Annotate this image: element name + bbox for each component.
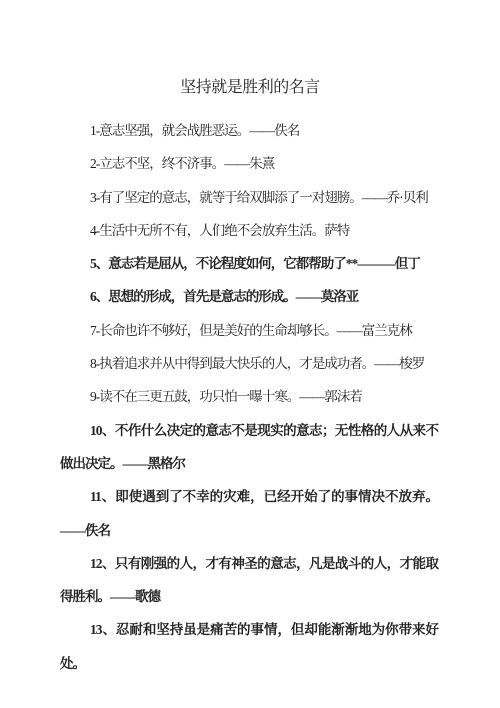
- quotes-list: 1-意志坚强，就会战胜恶运。——佚名2-立志不坚，终不济事。——朱熹3-有了坚定…: [0, 98, 500, 680]
- quote-paragraph: 11、即使遇到了不幸的灾难，已经开始了的事情决不放弃。——佚名: [60, 480, 438, 547]
- quote-paragraph: 5、意志若是屈从，不论程度如何，它都帮助了**———但丁: [60, 247, 438, 280]
- quote-paragraph: 12、只有刚强的人，才有神圣的意志，凡是战斗的人，才能取得胜利。——歌德: [60, 547, 438, 614]
- quote-paragraph: 8-执着追求并从中得到最大快乐的人，才是成功者。——梭罗: [60, 347, 438, 380]
- quote-paragraph: 10、不作什么决定的意志不是现实的意志；无性格的人从来不做出决定。——黑格尔: [60, 414, 438, 481]
- quote-paragraph: 4-生活中无所不有，人们绝不会放弃生活。萨特: [60, 214, 438, 247]
- quote-paragraph: 2-立志不坚，终不济事。——朱熹: [60, 147, 438, 180]
- quote-paragraph: 13、忍耐和坚持虽是痛苦的事情，但却能渐渐地为你带来好处。: [60, 613, 438, 680]
- document-page: 坚持就是胜利的名言 1-意志坚强，就会战胜恶运。——佚名2-立志不坚，终不济事。…: [0, 0, 500, 708]
- quote-paragraph: 3-有了坚定的意志，就等于给双脚添了一对翅膀。——乔·贝利: [60, 181, 438, 214]
- quote-paragraph: 9-读不在三更五鼓，功只怕一曝十寒。——郭沫若: [60, 380, 438, 413]
- quote-paragraph: 6、思想的形成，首先是意志的形成。——莫洛亚: [60, 280, 438, 313]
- document-title: 坚持就是胜利的名言: [0, 0, 500, 98]
- quote-paragraph: 7-长命也许不够好，但是美好的生命却够长。——富兰克林: [60, 314, 438, 347]
- quote-paragraph: 1-意志坚强，就会战胜恶运。——佚名: [60, 114, 438, 147]
